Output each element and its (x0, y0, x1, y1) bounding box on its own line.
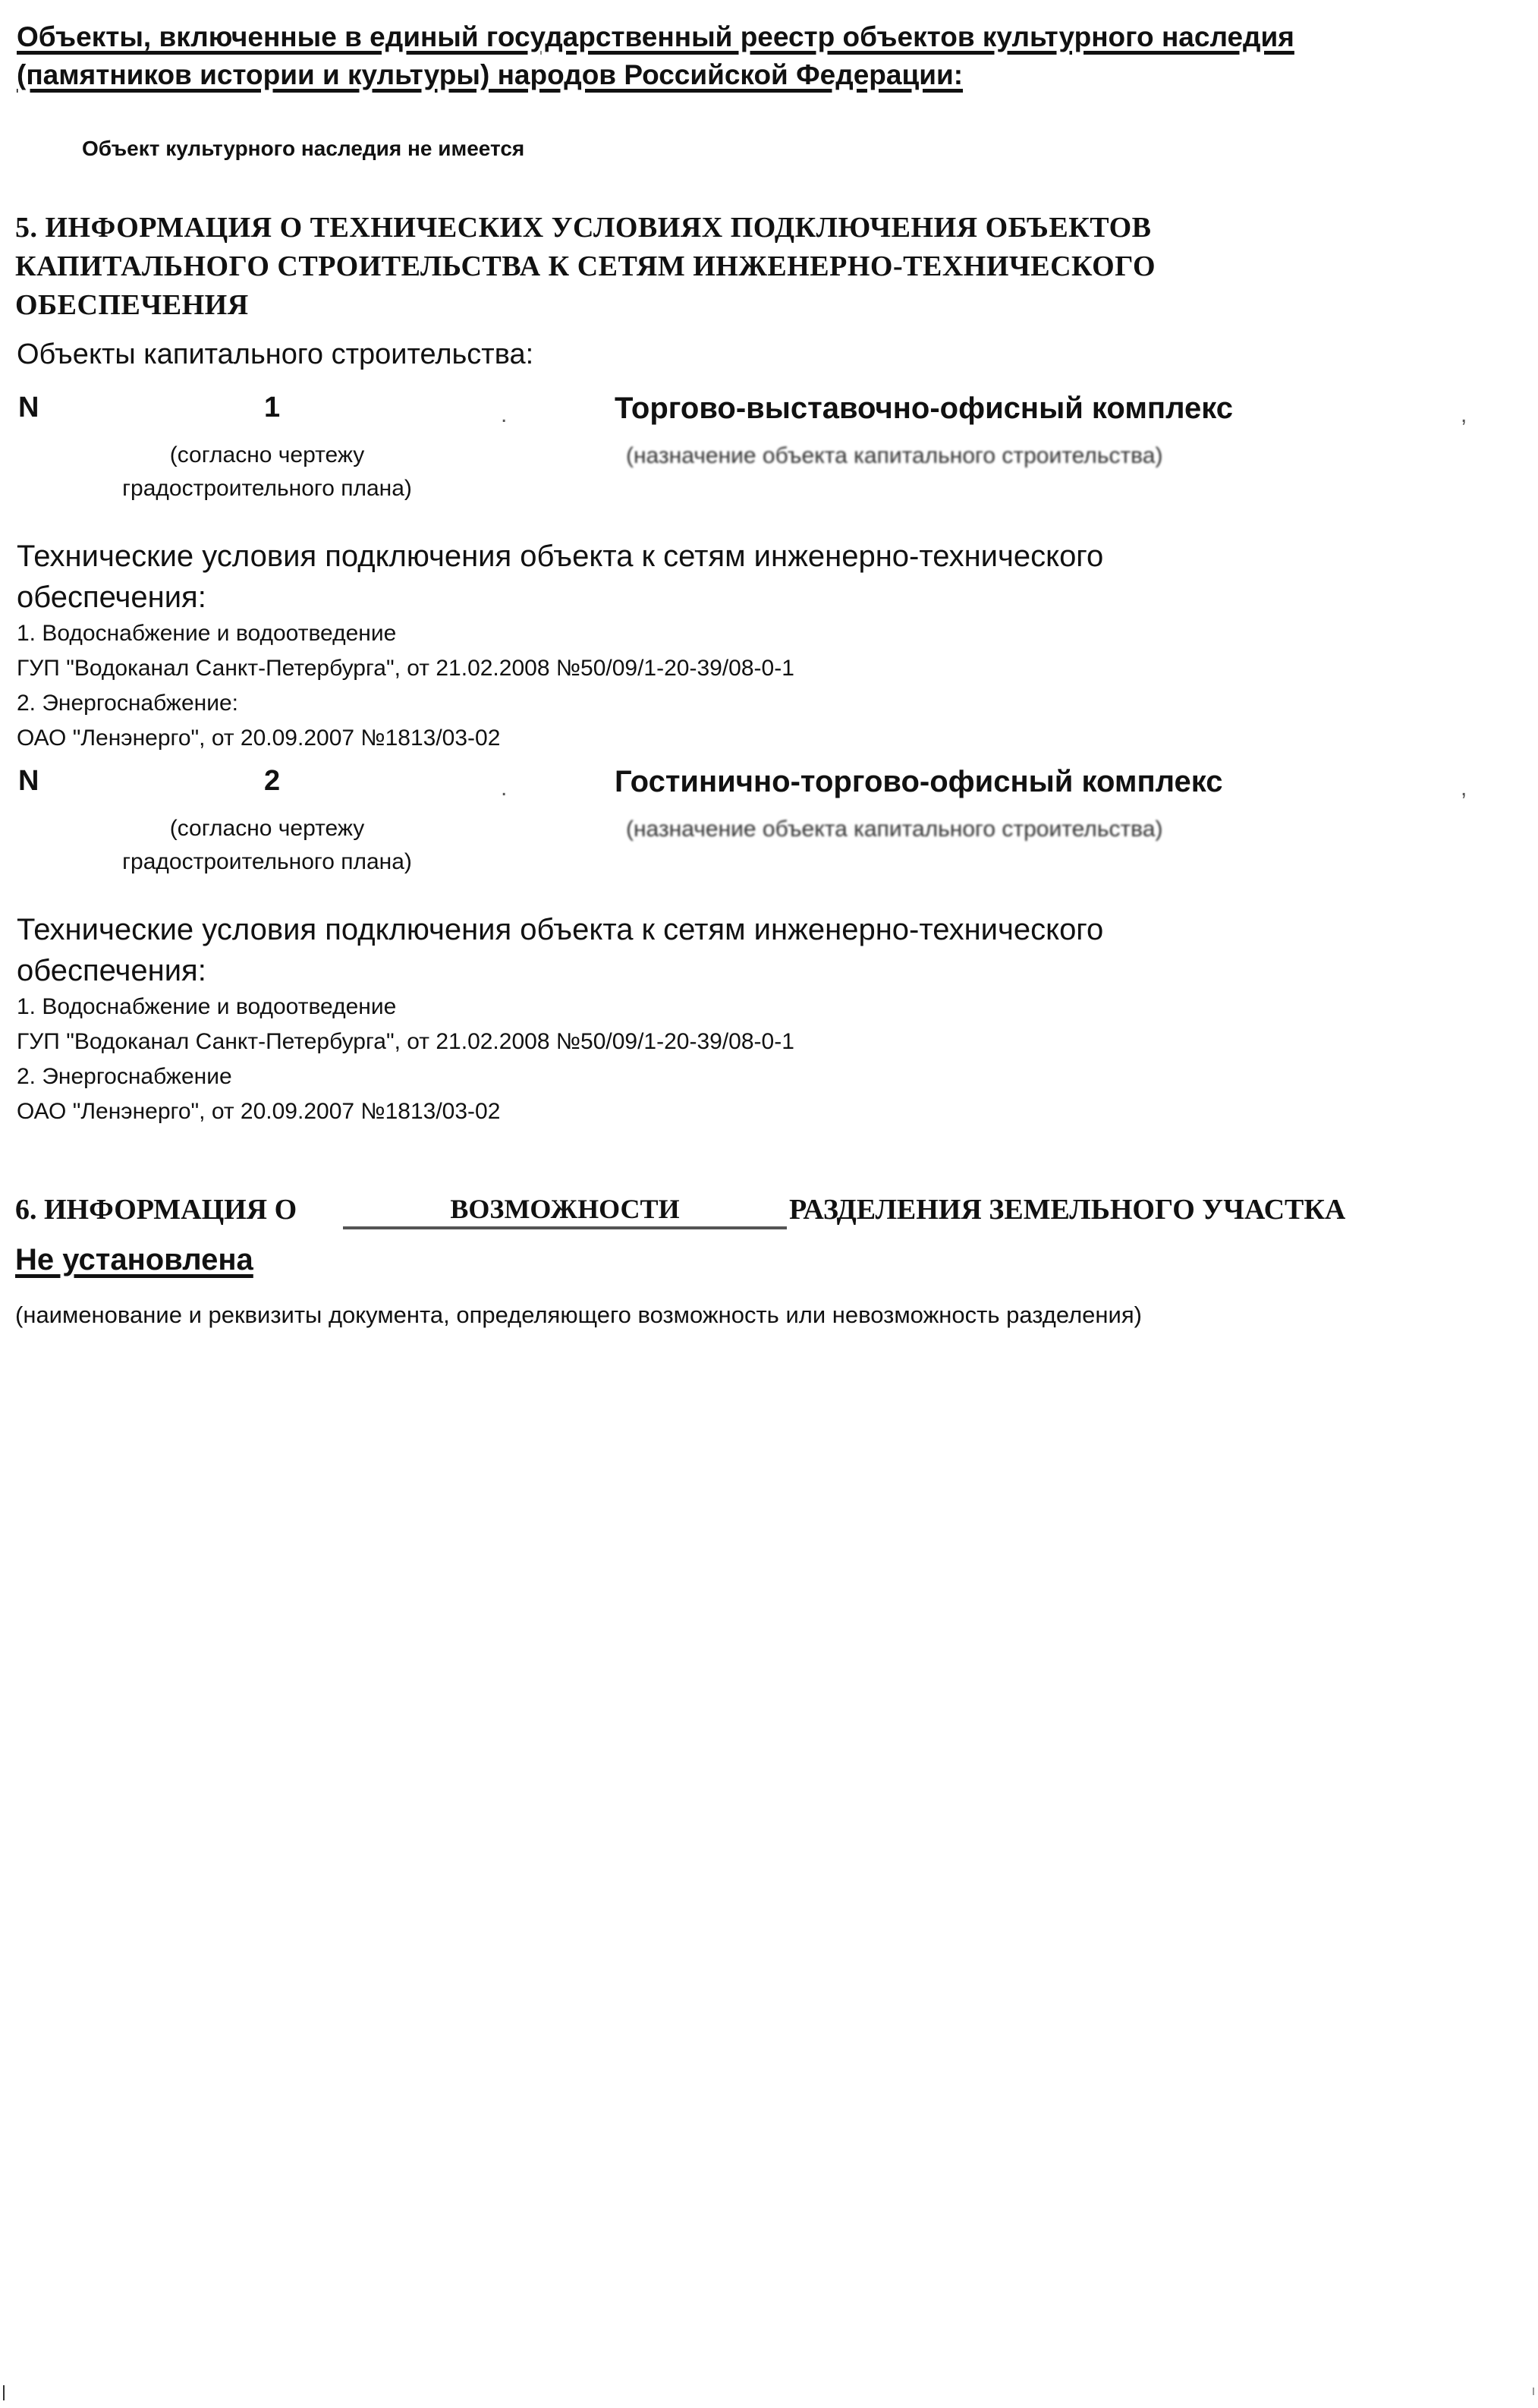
section-5-heading-line-2: КАПИТАЛЬНОГО СТРОИТЕЛЬСТВА К СЕТЯМ ИНЖЕН… (15, 247, 1156, 286)
section-6-heading-suffix: РАЗДЕЛЕНИЯ ЗЕМЕЛЬНОГО УЧАСТКА (789, 1193, 1345, 1226)
heritage-title-line-2: (памятников истории и культуры) народов … (17, 56, 963, 94)
section-5-heading-line-1: 5. ИНФОРМАЦИЯ О ТЕХНИЧЕСКИХ УСЛОВИЯХ ПОД… (15, 209, 1152, 247)
object-2-tc-heading-line-2: обеспечения: (17, 950, 206, 991)
object-1-condition-2-title: 2. Энергоснабжение: (17, 691, 238, 716)
heritage-title-line-1: Объекты, включенные в единый государстве… (17, 18, 1294, 56)
object-1-caption-right: (назначение объекта капитального строите… (626, 443, 1162, 469)
object-2-condition-2-title: 2. Энергоснабжение (17, 1064, 232, 1090)
object-2-condition-1-detail: ГУП "Водоканал Санкт-Петербурга", от 21.… (17, 1029, 794, 1055)
object-2-tc-heading-line-1: Технические условия подключения объекта … (17, 909, 1103, 950)
object-2-trailing-comma: , (1461, 776, 1467, 801)
section-6-caption: (наименование и реквизиты документа, опр… (15, 1302, 1142, 1329)
object-2-separator: . (501, 776, 507, 801)
scan-edge-mark-left (3, 2385, 5, 2400)
section-6-heading-fill: ВОЗМОЖНОСТИ (343, 1193, 787, 1229)
object-1-trailing-comma: , (1461, 402, 1467, 428)
object-2-condition-2-detail: ОАО "Ленэнерго", от 20.09.2007 №1813/03-… (17, 1099, 500, 1125)
scan-edge-mark-right (1533, 2388, 1534, 2395)
object-2-caption-right: (назначение объекта капитального строите… (626, 817, 1162, 842)
object-1-n-label: N (18, 392, 39, 424)
object-2-purpose: Гостинично-торгово-офисный комплекс (615, 765, 1223, 799)
object-1-separator: . (501, 402, 507, 428)
object-1-number: 1 (264, 392, 280, 424)
object-1-condition-1-detail: ГУП "Водоканал Санкт-Петербурга", от 21.… (17, 656, 794, 681)
object-2-number: 2 (264, 765, 280, 798)
heritage-value: Объект культурного наследия не имеется (82, 137, 524, 161)
object-2-caption-left-line-1: (согласно чертежу (170, 816, 365, 841)
section-6-heading-prefix: 6. ИНФОРМАЦИЯ О (15, 1193, 297, 1226)
object-2-caption-left-line-2: градостроительного плана) (122, 849, 412, 874)
object-1-caption-left-line-2: градостроительного плана) (122, 476, 412, 501)
object-2-caption-left: (согласно чертежу градостроительного пла… (70, 812, 464, 879)
object-1-purpose: Торгово-выставочно-офисный комплекс (615, 392, 1233, 426)
object-2-n-label: N (18, 765, 39, 798)
object-1-condition-1-title: 1. Водоснабжение и водоотведение (17, 621, 396, 647)
object-1-tc-heading-line-2: обеспечения: (17, 577, 206, 618)
object-2-condition-1-title: 1. Водоснабжение и водоотведение (17, 994, 396, 1020)
object-1-caption-left: (согласно чертежу градостроительного пла… (70, 439, 464, 505)
object-1-caption-left-line-1: (согласно чертежу (170, 442, 365, 467)
object-1-tc-heading-line-1: Технические условия подключения объекта … (17, 536, 1103, 577)
section-5-heading-line-3: ОБЕСПЕЧЕНИЯ (15, 286, 249, 325)
objects-label: Объекты капитального строительства: (17, 338, 533, 371)
section-6-value: Не установлена (15, 1243, 253, 1277)
object-1-condition-2-detail: ОАО "Ленэнерго", от 20.09.2007 №1813/03-… (17, 726, 500, 751)
